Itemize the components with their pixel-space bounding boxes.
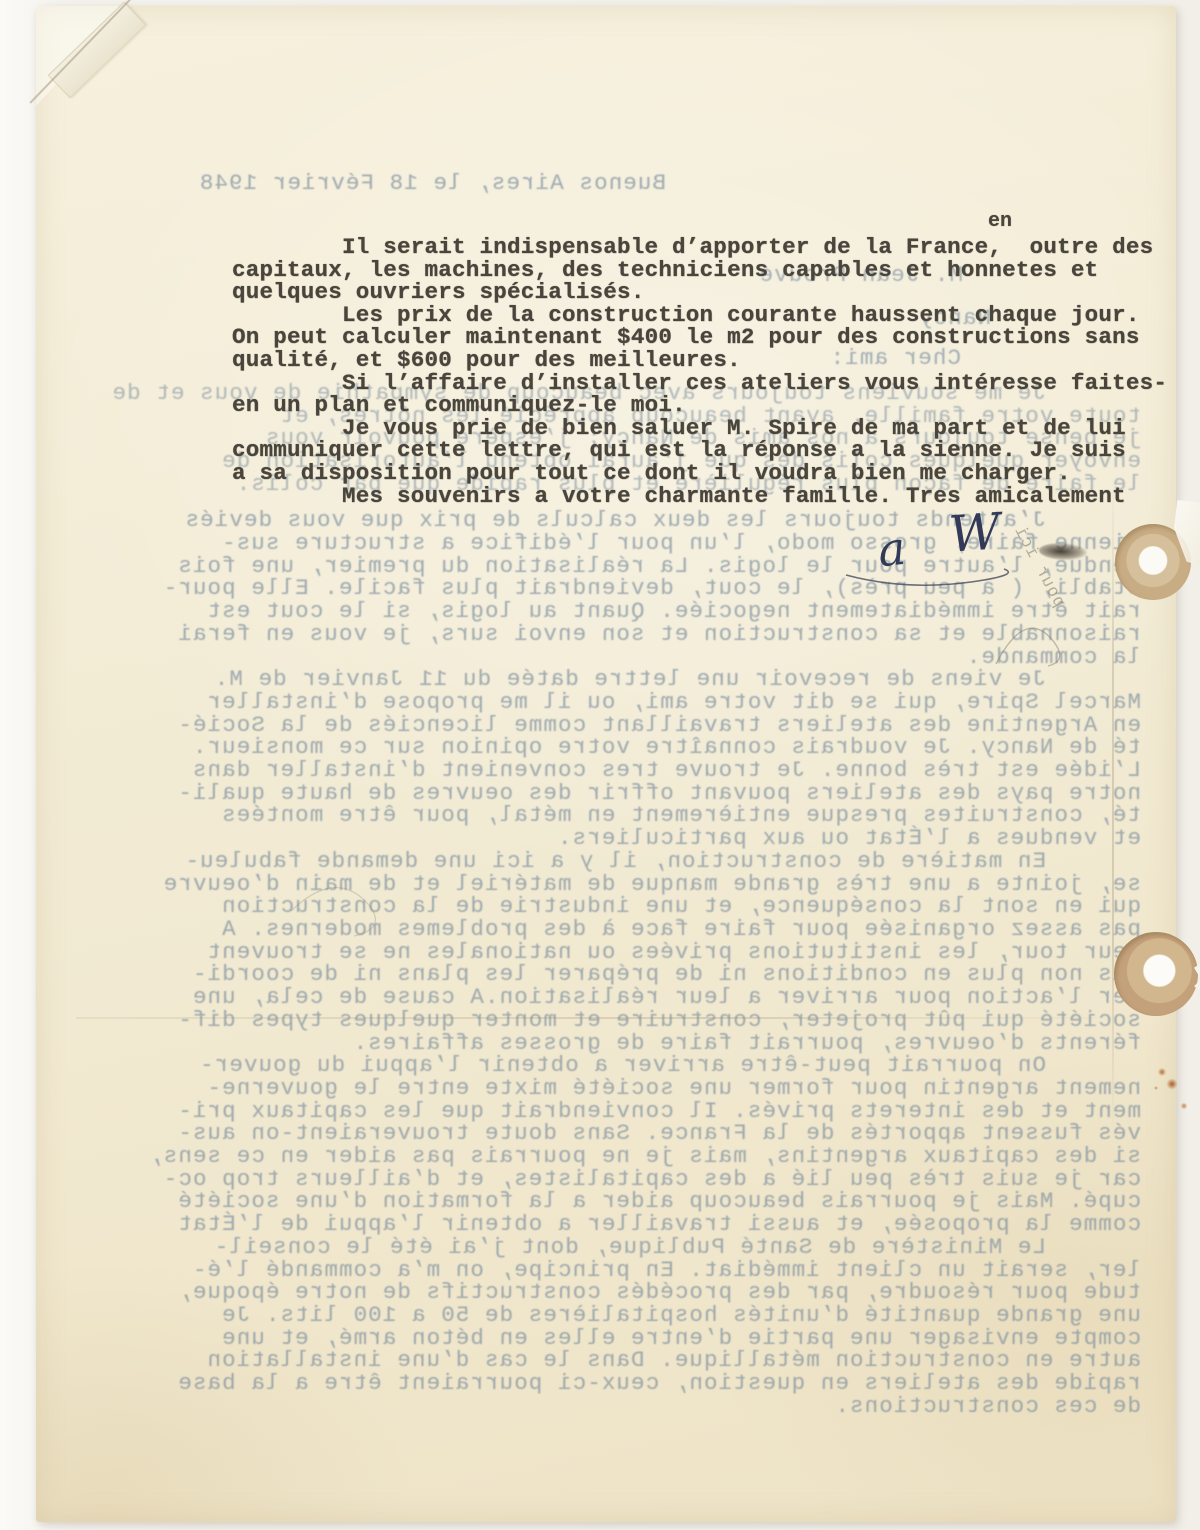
verso-text-line: pas assez organisée pour faire face à de…: [106, 918, 1141, 941]
verso-text-line: et vendues a l’État ou aux particuliers.: [106, 827, 1141, 850]
verso-text-line: pas non plus en conditions ni de prépare…: [106, 963, 1141, 986]
verso-text-line: nement argentin pour former une société …: [106, 1077, 1141, 1100]
verso-text-line: rapide des ateliers en question, ceux-ci…: [106, 1372, 1141, 1395]
verso-text-line: leur tour, les institutions privées ou n…: [106, 941, 1141, 964]
verso-text-line: la commande.: [106, 646, 1141, 669]
verso-text-line: notre pays des ateliers pouvant offrir d…: [106, 782, 1141, 805]
verso-text-line: qui en sont la conséquence, et une indus…: [106, 895, 1141, 918]
verso-text-line: vés fussent apportés de la France. Sans …: [106, 1122, 1141, 1145]
verso-text-line: de ces constructions.: [106, 1395, 1141, 1418]
verso-body-paragraphs: J’attends toujours les deux calculs de p…: [106, 509, 1141, 1417]
verso-text-line: Le Ministère de Santé Publique, dont j’a…: [106, 1236, 1141, 1259]
handwritten-letter-a: a: [875, 521, 908, 578]
verso-text-line: raisonnable et sa construction et son en…: [106, 623, 1141, 646]
verso-text-line: Je viens de recevoir une lettre datée du…: [106, 668, 1141, 691]
recto-text-line: Il serait indispensable d’apporter de la…: [232, 236, 1172, 259]
verso-text-line: en Argentine des ateliers travaillant co…: [106, 714, 1141, 737]
verso-text-line: car je suis très peu lié a des capitalis…: [106, 1168, 1141, 1191]
verso-text-line: ler, serait un client immédiat. En princ…: [106, 1259, 1141, 1282]
verso-text-line: si des capitaux argentins, mais je ne po…: [106, 1145, 1141, 1168]
recto-text-line: Si l’affaire d’installer ces ateliers vo…: [232, 372, 1172, 395]
vertical-crease: [1112, 476, 1114, 1136]
punch-hole-bottom: [1114, 932, 1198, 1016]
verso-text-line: ment et des interets privés. Il conviend…: [106, 1100, 1141, 1123]
recto-text-line: quelques ouvriers spécialisés.: [232, 281, 1172, 304]
letter-page: Buenos Aires, le 18 Février 1948 M. Jean…: [36, 6, 1176, 1522]
verso-text-line: tude pour résoudre, par des procédés con…: [106, 1281, 1141, 1304]
horizontal-crease: [76, 1017, 1138, 1019]
verso-text-line: cupé. Mais je pourrais beaucoup aider a …: [106, 1190, 1141, 1213]
verso-text-line: établi, ( a peu près), le cout, deviendr…: [106, 577, 1141, 600]
recto-text-line: en un plan et communiquez-le moi.: [232, 394, 1172, 417]
verso-text-line: té de Nancy. Je voudrais connaître votre…: [106, 736, 1141, 759]
verso-text-line: Marcel Spire, qui se dit votre ami, ou i…: [106, 691, 1141, 714]
verso-text-line: té, construites presque entièrement en m…: [106, 804, 1141, 827]
recto-text-line: a sa disposition pour tout ce dont il vo…: [232, 462, 1172, 485]
recto-text-line: communiquer cette lettre, qui est la rép…: [232, 439, 1172, 462]
recto-text-line: Les prix de la construction courante hau…: [232, 304, 1172, 327]
verso-text-line: compte envisager une partie d’entre elle…: [106, 1327, 1141, 1350]
recto-text-line: qualité, et $600 pour des meilleures.: [232, 349, 1172, 372]
verso-text-line: En matière de construction, il y a ici u…: [106, 850, 1141, 873]
handwritten-letter-w: W: [947, 502, 1002, 563]
rust-stain: [1144, 1058, 1196, 1120]
verso-text-line: se, jointe a une très grande manque de m…: [106, 873, 1141, 896]
recto-text-line: Je vous prie de bien saluer M. Spire de …: [232, 417, 1172, 440]
recto-text-line: On peut calculer maintenant $400 le m2 p…: [232, 326, 1172, 349]
verso-text-line: férents d’oeuvres, pourrait faire de gro…: [106, 1032, 1141, 1055]
verso-text-line: société qui pût projeter, construire et …: [106, 1009, 1141, 1032]
verso-text-line: rait être immédiatement negociée. Quant …: [106, 600, 1141, 623]
verso-text-line: autre en construction métallique. Dans l…: [106, 1349, 1141, 1372]
scanned-letter-screenshot: Buenos Aires, le 18 Février 1948 M. Jean…: [0, 0, 1200, 1530]
verso-text-line: L’idée est très bonne. Je trouve tres co…: [106, 759, 1141, 782]
verso-text-line: une grande quantité d’unités hospitalièr…: [106, 1304, 1141, 1327]
recto-text-line: capitaux, les machines, des techniciens …: [232, 259, 1172, 282]
verso-date-line: Buenos Aires, le 18 Février 1948: [106, 172, 666, 195]
verso-text-line: ner l’action pour arriver a leur réalisa…: [106, 986, 1141, 1009]
verso-text-line: comme la proposée, et aussi travailler a…: [106, 1213, 1141, 1236]
verso-text-line: On pourrait peut-être arriver a obtenir …: [106, 1054, 1141, 1077]
recto-text-line: Mes souvenirs a votre charmante famille.…: [232, 485, 1172, 508]
recto-letter-body: Il serait indispensable d’apporter de la…: [232, 236, 1172, 507]
typed-insertion-above-line: en: [988, 210, 1012, 233]
